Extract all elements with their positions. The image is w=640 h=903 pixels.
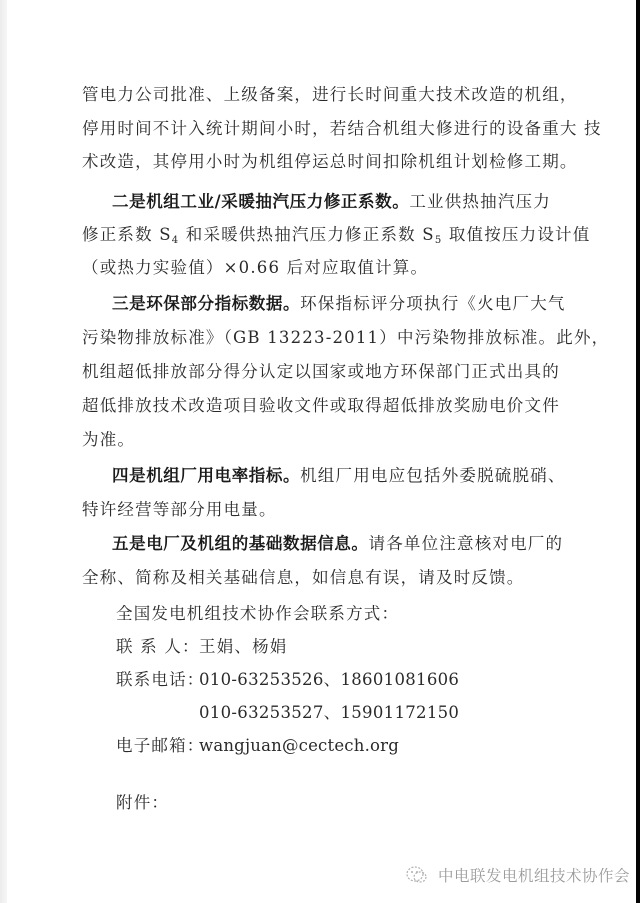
section-3-line: 污染物排放标准》（GB 13223-2011）中污染物排放标准。此外， bbox=[82, 327, 609, 349]
paragraph-line: 停用时间不计入统计期间小时，若结合机组大修进行的设备重大 技 bbox=[82, 118, 602, 140]
contact-phone-label: 联系电话： bbox=[116, 669, 205, 691]
contact-persons: 王娟、杨娟 bbox=[199, 636, 288, 658]
section-3-text: 环保指标评分项执行《火电厂大气 bbox=[300, 294, 566, 313]
section-4-line-1: 四是机组厂用电率指标。机组厂用电应包括外委脱硫脱硝、 bbox=[112, 465, 566, 487]
section-3-line-1: 三是环保部分指标数据。环保指标评分项执行《火电厂大气 bbox=[112, 293, 566, 315]
section-2-text: 工业供热抽汽压力 bbox=[409, 192, 551, 211]
document-page: 管电力公司批准、上级备案，进行长时间重大技术改造的机组， 停用时间不计入统计期间… bbox=[0, 0, 636, 903]
wechat-icon bbox=[404, 864, 430, 886]
text-fragment: 修正系数 S bbox=[82, 225, 172, 244]
section-3-heading: 三是环保部分指标数据。 bbox=[112, 294, 300, 313]
section-5-line-2: 全称、简称及相关基础信息，如信息有误，请及时反馈。 bbox=[82, 567, 525, 589]
section-3-line: 为准。 bbox=[82, 429, 135, 451]
section-5-text: 请各单位注意核对电厂的 bbox=[369, 534, 564, 553]
contact-title: 全国发电机组技术协作会联系方式： bbox=[116, 603, 399, 625]
section-4-heading: 四是机组厂用电率指标。 bbox=[112, 466, 300, 485]
section-3-line: 机组超低排放部分得分认定以国家或地方环保部门正式出具的 bbox=[82, 361, 560, 383]
page-left-edge bbox=[0, 0, 7, 903]
contact-email-label: 电子邮箱： bbox=[116, 735, 205, 757]
contact-person-label: 联 系 人： bbox=[116, 636, 200, 658]
section-2-line-2: 修正系数 S4 和采暖供热抽汽压力修正系数 S5 取值按压力设计值 bbox=[82, 224, 590, 252]
section-2-heading: 二是机组工业/采暖抽汽压力修正系数。 bbox=[112, 192, 409, 211]
paragraph-line: 管电力公司批准、上级备案，进行长时间重大技术改造的机组， bbox=[82, 84, 578, 106]
section-2-line-1: 二是机组工业/采暖抽汽压力修正系数。工业供热抽汽压力 bbox=[112, 191, 551, 213]
attachment-label: 附件： bbox=[116, 792, 169, 814]
text-fragment: 取值按压力设计值 bbox=[442, 225, 590, 244]
section-5-heading: 五是电厂及机组的基础数据信息。 bbox=[112, 534, 369, 553]
section-4-line-2: 特许经营等部分用电量。 bbox=[82, 499, 277, 521]
contact-phone-2: 010-63253527、15901172150 bbox=[199, 702, 459, 724]
watermark-text: 中电联发电机组技术协作会 bbox=[438, 864, 630, 886]
watermark: 中电联发电机组技术协作会 bbox=[404, 862, 630, 888]
contact-phone-1: 010-63253526、18601081606 bbox=[199, 669, 459, 691]
section-5-line-1: 五是电厂及机组的基础数据信息。请各单位注意核对电厂的 bbox=[112, 533, 563, 555]
section-4-text: 机组厂用电应包括外委脱硫脱硝、 bbox=[300, 466, 566, 485]
contact-email[interactable]: wangjuan@cectech.org bbox=[199, 735, 399, 757]
paragraph-line: 术改造，其停用小时为机组停运总时间扣除机组计划检修工期。 bbox=[82, 151, 578, 173]
text-fragment: 和采暖供热抽汽压力修正系数 S bbox=[179, 225, 435, 244]
section-3-line: 超低排放技术改造项目验收文件或取得超低排放奖励电价文件 bbox=[82, 395, 560, 417]
page-right-edge bbox=[636, 0, 640, 903]
section-2-line-3: （或热力实验值）×0.66 后对应取值计算。 bbox=[82, 257, 428, 279]
